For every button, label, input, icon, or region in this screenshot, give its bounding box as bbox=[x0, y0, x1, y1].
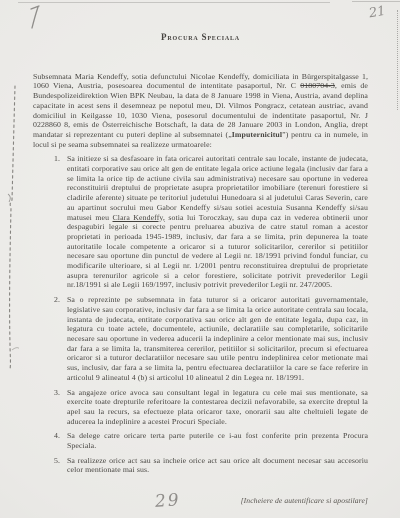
clause-number: 4. bbox=[54, 431, 67, 450]
clause-number: 1. bbox=[54, 154, 67, 290]
clause-number: 5. bbox=[54, 456, 67, 475]
clause-1-text-a: Sa initieze si sa desfasoare in fata ori… bbox=[67, 154, 368, 221]
clause-number: 3. bbox=[54, 388, 67, 427]
intro-paragraph: Subsemnata Maria Kendeffy, sotia defunct… bbox=[33, 72, 368, 150]
authentication-apostille-note: [Incheiere de autentificare si apostilar… bbox=[33, 496, 368, 506]
clause-text: Sa initieze si sa desfasoare in fata ori… bbox=[67, 154, 368, 290]
clause-text: Sa angajeze orice avoca sau consultant l… bbox=[67, 388, 368, 427]
struck-passport-number: 0180704-3 bbox=[300, 81, 335, 90]
clause-4: 4. Sa delege catre oricare terta parte p… bbox=[33, 431, 368, 450]
clause-5: 5. Sa realizeze orice act sau sa incheie… bbox=[33, 456, 368, 475]
clause-3: 3. Sa angajeze orice avoca sau consultan… bbox=[33, 388, 368, 427]
scan-edge-dots bbox=[397, 10, 398, 110]
document-title: Procura Speciala bbox=[33, 33, 368, 43]
clause-1: 1. Sa initieze si sa desfasoare in fata … bbox=[33, 154, 368, 290]
numbered-clauses-list: 1. Sa initieze si sa desfasoare in fata … bbox=[33, 154, 368, 475]
scan-edge-line bbox=[352, 1, 400, 2]
handwritten-tick-icon bbox=[28, 5, 44, 31]
clause-number: 2. bbox=[54, 295, 67, 382]
clause-text: Sa o reprezinte pe subsemnata in fata tu… bbox=[67, 295, 368, 382]
clause-2: 2. Sa o reprezinte pe subsemnata in fata… bbox=[33, 295, 368, 382]
clause-1-text-b: sotia lui Toroczkay, sau dupa caz in ved… bbox=[67, 213, 368, 290]
margin-squiggle-mark bbox=[3, 82, 19, 374]
clause-text: Sa realizeze orice act sau sa incheie or… bbox=[67, 456, 368, 475]
handwritten-number-top-right: 21 bbox=[368, 4, 387, 22]
defined-term-imputernicitul: Imputernicitul bbox=[232, 130, 282, 139]
scanned-document-page: 21 29 Procura Speciala Subsemnata Maria … bbox=[0, 0, 400, 518]
clause-text: Sa delege catre oricare terta parte pute… bbox=[67, 431, 368, 450]
scan-edge-line bbox=[18, 2, 330, 3]
underlined-name-clara-kendeffy: Clara Kendeffy, bbox=[113, 213, 165, 222]
document-body: Procura Speciala Subsemnata Maria Kendef… bbox=[33, 33, 368, 506]
